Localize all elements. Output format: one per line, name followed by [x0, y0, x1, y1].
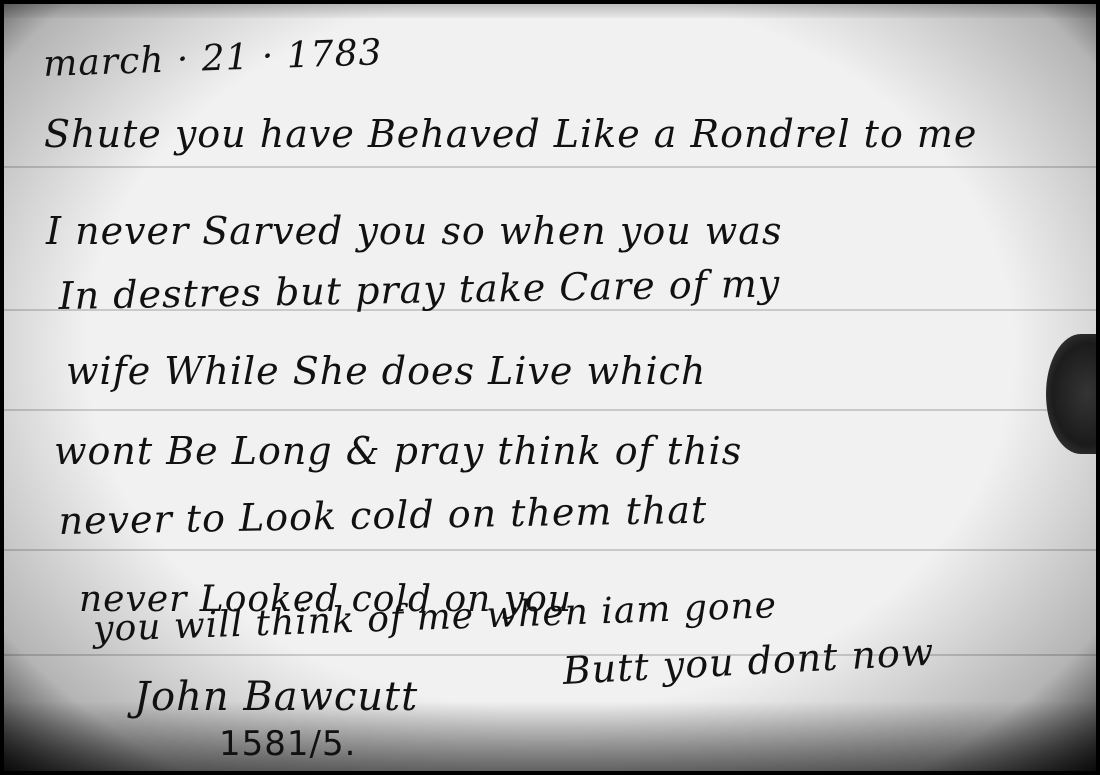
signature: John Bawcutt [134, 674, 418, 720]
letter-line-2: I never Sarved you so when you was [46, 209, 782, 253]
letter-line-1: Shute you have Behaved Like a Rondrel to… [44, 112, 977, 156]
reference-number: 1581/5. [219, 724, 356, 764]
letter-date: march · 21 · 1783 [43, 32, 383, 85]
ruled-line [4, 166, 1096, 168]
ruled-line [4, 409, 1096, 411]
ink-stain [1046, 334, 1096, 454]
letter-line-6: never to Look cold on them that [58, 488, 707, 543]
ruled-line [4, 549, 1096, 551]
letter-line-9: Butt you dont now [562, 630, 936, 693]
letter-page: march · 21 · 1783 Shute you have Behaved… [4, 4, 1096, 771]
letter-line-5: wont Be Long & pray think of this [54, 429, 742, 473]
letter-line-4: wife While She does Live which [66, 349, 706, 393]
scan-top-edge [4, 4, 1096, 18]
